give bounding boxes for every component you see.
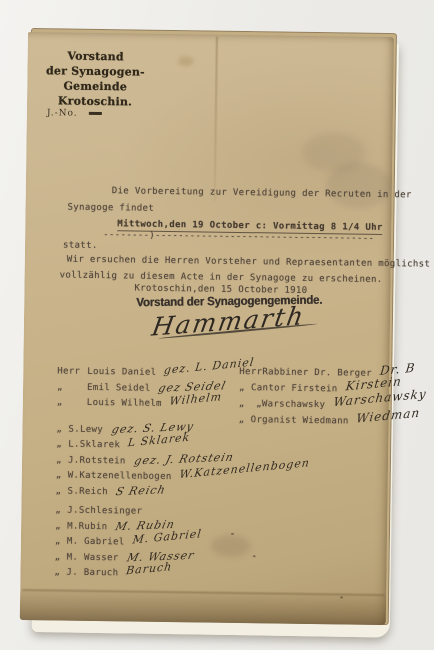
attendee-signature: Baruch [125,560,173,577]
ditto-or-title: „ [239,415,251,425]
letterhead-line2: der Synagogen-Gemeinde [43,63,147,94]
letterhead-line1: Vorstand [44,48,148,64]
attendee-signature: Wiedman [356,406,421,426]
ditto-or-title: „ [54,567,66,577]
letter-page: Vorstand der Synagogen-Gemeinde Krotosch… [20,32,394,625]
attendee-signature: M. Gabriel [132,527,203,546]
photo-of-document: { "document": { "letterhead": { "line1":… [0,0,434,650]
attendee-column-right: HerrRabbiner Dr. BergerDr. B„Cantor Firs… [239,359,390,425]
letterhead-line3: Krotoschin. [43,93,147,109]
request-line-1: Wir ersuchen die Herren Vorsteher und Re… [67,255,431,270]
attendee-signature: S Reich [115,483,168,498]
ditto-or-title: „ [56,486,68,496]
ditto-or-title: „ [57,397,87,407]
body-statt: statt. [63,241,98,251]
attendee-row: „J. BaruchBaruch [54,559,244,577]
attendee-name: Louis Wilhelm [87,398,162,409]
letterhead: Vorstand der Synagogen-Gemeinde Krotosch… [43,48,148,115]
attendee-signature: L Sklarek [127,431,191,450]
attendee-name: S.Reich [68,486,109,497]
attendee-column-left: HerrLouis Danielgez. L. Daniel„Emil Seid… [54,358,247,577]
vertical-fold-crease [214,37,218,202]
attendee-row: „Organist WiedmannWiedman [239,407,389,425]
ink-smudge [326,162,393,209]
attendee-name: Organist Wiedmann [251,415,349,426]
document-photo: Vorstand der Synagogen-Gemeinde Krotosch… [0,0,434,650]
file-number-label: J.-No. [47,108,78,118]
bottom-fold-flap [20,590,386,625]
request-line-2: vollzählig zu diesem Acte in der Synagog… [60,270,383,285]
attendee-signature: Wilhelm [169,390,223,408]
paper-stain [178,56,194,66]
letterhead-rule [88,112,101,115]
attendee-row: „S.ReichS Reich [56,478,246,496]
attendee-name: J. Baruch [66,568,118,579]
body-line-2: Synagoge findet [67,203,154,214]
attendee-row: „Louis WilhelmWilhelm [57,389,247,407]
paper-speck [253,555,256,557]
